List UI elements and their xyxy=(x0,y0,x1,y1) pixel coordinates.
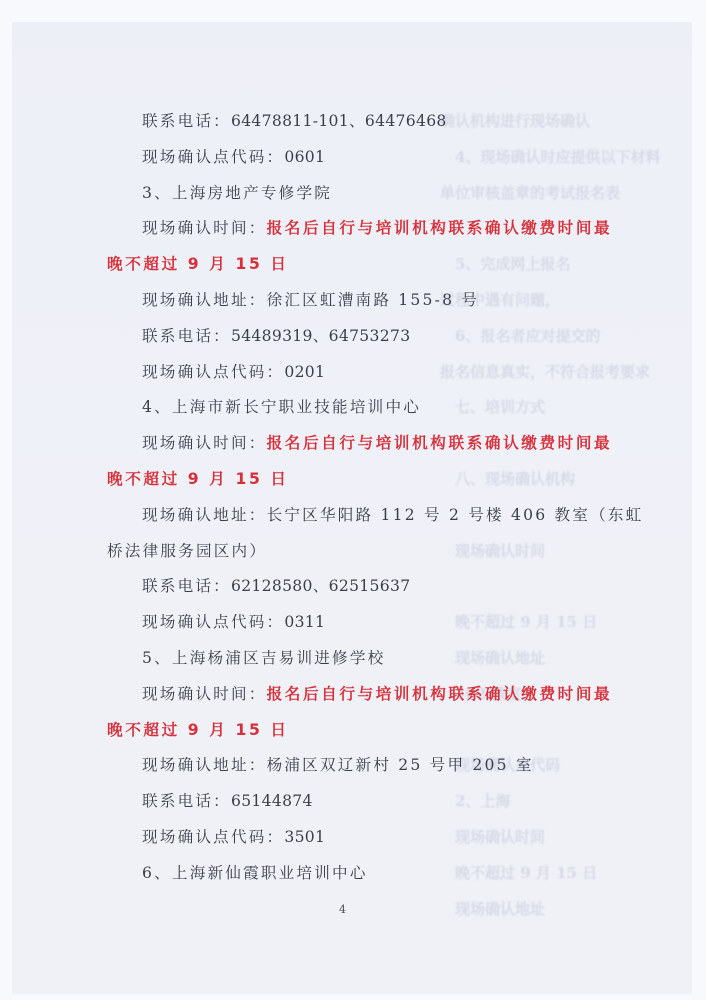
field-label: 现场确认地址： xyxy=(142,506,267,524)
contact-phone-line: 联系电话：54489319、64753273 xyxy=(0,319,706,355)
site-code-value: 3501 xyxy=(284,828,325,846)
confirm-time-value: 报名后自行与培训机构联系确认缴费时间最 xyxy=(267,219,613,237)
site-code-line: 现场确认点代码：0311 xyxy=(0,605,706,641)
address-line: 现场确认地址：杨浦区双辽新村 25 号甲 205 室 xyxy=(0,748,706,784)
confirm-time-line: 现场确认时间：报名后自行与培训机构联系确认缴费时间最 xyxy=(0,426,706,462)
site-code-value: 0601 xyxy=(284,148,325,166)
confirm-time-line: 现场确认时间：报名后自行与培训机构联系确认缴费时间最 xyxy=(0,677,706,713)
confirm-time-continuation: 晚不超过 9 月 15 日 xyxy=(0,462,706,498)
site-code-value: 0201 xyxy=(284,363,325,381)
phone-value: 62128580、62515637 xyxy=(231,577,410,595)
field-label: 现场确认地址： xyxy=(142,291,267,309)
address-value: 长宁区华阳路 112 号 2 号楼 406 教室（东虹 xyxy=(267,506,644,524)
confirm-time-continuation: 晚不超过 9 月 15 日 xyxy=(0,247,706,283)
field-label: 现场确认点代码： xyxy=(142,828,284,846)
field-label: 现场确认点代码： xyxy=(142,613,284,631)
institution-heading: 6、上海新仙霞职业培训中心 xyxy=(0,856,706,892)
phone-value: 54489319、64753273 xyxy=(231,327,410,345)
field-label: 现场确认点代码： xyxy=(142,363,284,381)
confirm-time-value: 报名后自行与培训机构联系确认缴费时间最 xyxy=(267,434,613,452)
site-code-line: 现场确认点代码：0201 xyxy=(0,355,706,391)
phone-value: 65144874 xyxy=(231,792,313,810)
site-code-value: 0311 xyxy=(284,613,325,631)
phone-value: 64478811-101、64476468 xyxy=(231,112,447,130)
institution-name: 6、上海新仙霞职业培训中心 xyxy=(142,864,368,882)
document-page: 确认机构进行现场确认 4、现场确认时应提供以下材料 单位审核盖章的考试报名表 5… xyxy=(0,0,706,1000)
field-label: 现场确认时间： xyxy=(142,434,267,452)
institution-heading: 4、上海市新长宁职业技能培训中心 xyxy=(0,390,706,426)
document-body: 联系电话：64478811-101、64476468 现场确认点代码：0601 … xyxy=(0,104,706,892)
institution-name: 4、上海市新长宁职业技能培训中心 xyxy=(142,398,421,416)
field-label: 现场确认时间： xyxy=(142,219,267,237)
field-label: 现场确认时间： xyxy=(142,685,267,703)
field-label: 联系电话： xyxy=(142,792,231,810)
address-line: 现场确认地址：徐汇区虹漕南路 155-8 号 xyxy=(0,283,706,319)
field-label: 现场确认地址： xyxy=(142,756,267,774)
confirm-time-continuation: 晚不超过 9 月 15 日 xyxy=(0,713,706,749)
field-label: 联系电话： xyxy=(142,112,231,130)
site-code-line: 现场确认点代码：0601 xyxy=(0,140,706,176)
contact-phone-line: 联系电话：62128580、62515637 xyxy=(0,569,706,605)
deadline-text: 晚不超过 9 月 15 日 xyxy=(107,255,289,273)
deadline-text: 晚不超过 9 月 15 日 xyxy=(107,721,289,739)
institution-name: 3、上海房地产专修学院 xyxy=(142,184,332,202)
page-number: 4 xyxy=(339,903,346,916)
field-label: 联系电话： xyxy=(142,327,231,345)
contact-phone-line: 联系电话：65144874 xyxy=(0,784,706,820)
address-value: 杨浦区双辽新村 25 号甲 205 室 xyxy=(267,756,534,774)
deadline-text: 晚不超过 9 月 15 日 xyxy=(107,470,289,488)
institution-heading: 5、上海杨浦区吉易训进修学校 xyxy=(0,641,706,677)
address-value: 徐汇区虹漕南路 155-8 号 xyxy=(267,291,480,309)
confirm-time-value: 报名后自行与培训机构联系确认缴费时间最 xyxy=(267,685,613,703)
address-value: 桥法律服务园区内） xyxy=(107,542,267,560)
field-label: 联系电话： xyxy=(142,577,231,595)
field-label: 现场确认点代码： xyxy=(142,148,284,166)
site-code-line: 现场确认点代码：3501 xyxy=(0,820,706,856)
address-line: 现场确认地址：长宁区华阳路 112 号 2 号楼 406 教室（东虹 xyxy=(0,498,706,534)
institution-heading: 3、上海房地产专修学院 xyxy=(0,176,706,212)
institution-name: 5、上海杨浦区吉易训进修学校 xyxy=(142,649,385,667)
contact-phone-line: 联系电话：64478811-101、64476468 xyxy=(0,104,706,140)
address-continuation: 桥法律服务园区内） xyxy=(0,534,706,570)
confirm-time-line: 现场确认时间：报名后自行与培训机构联系确认缴费时间最 xyxy=(0,211,706,247)
